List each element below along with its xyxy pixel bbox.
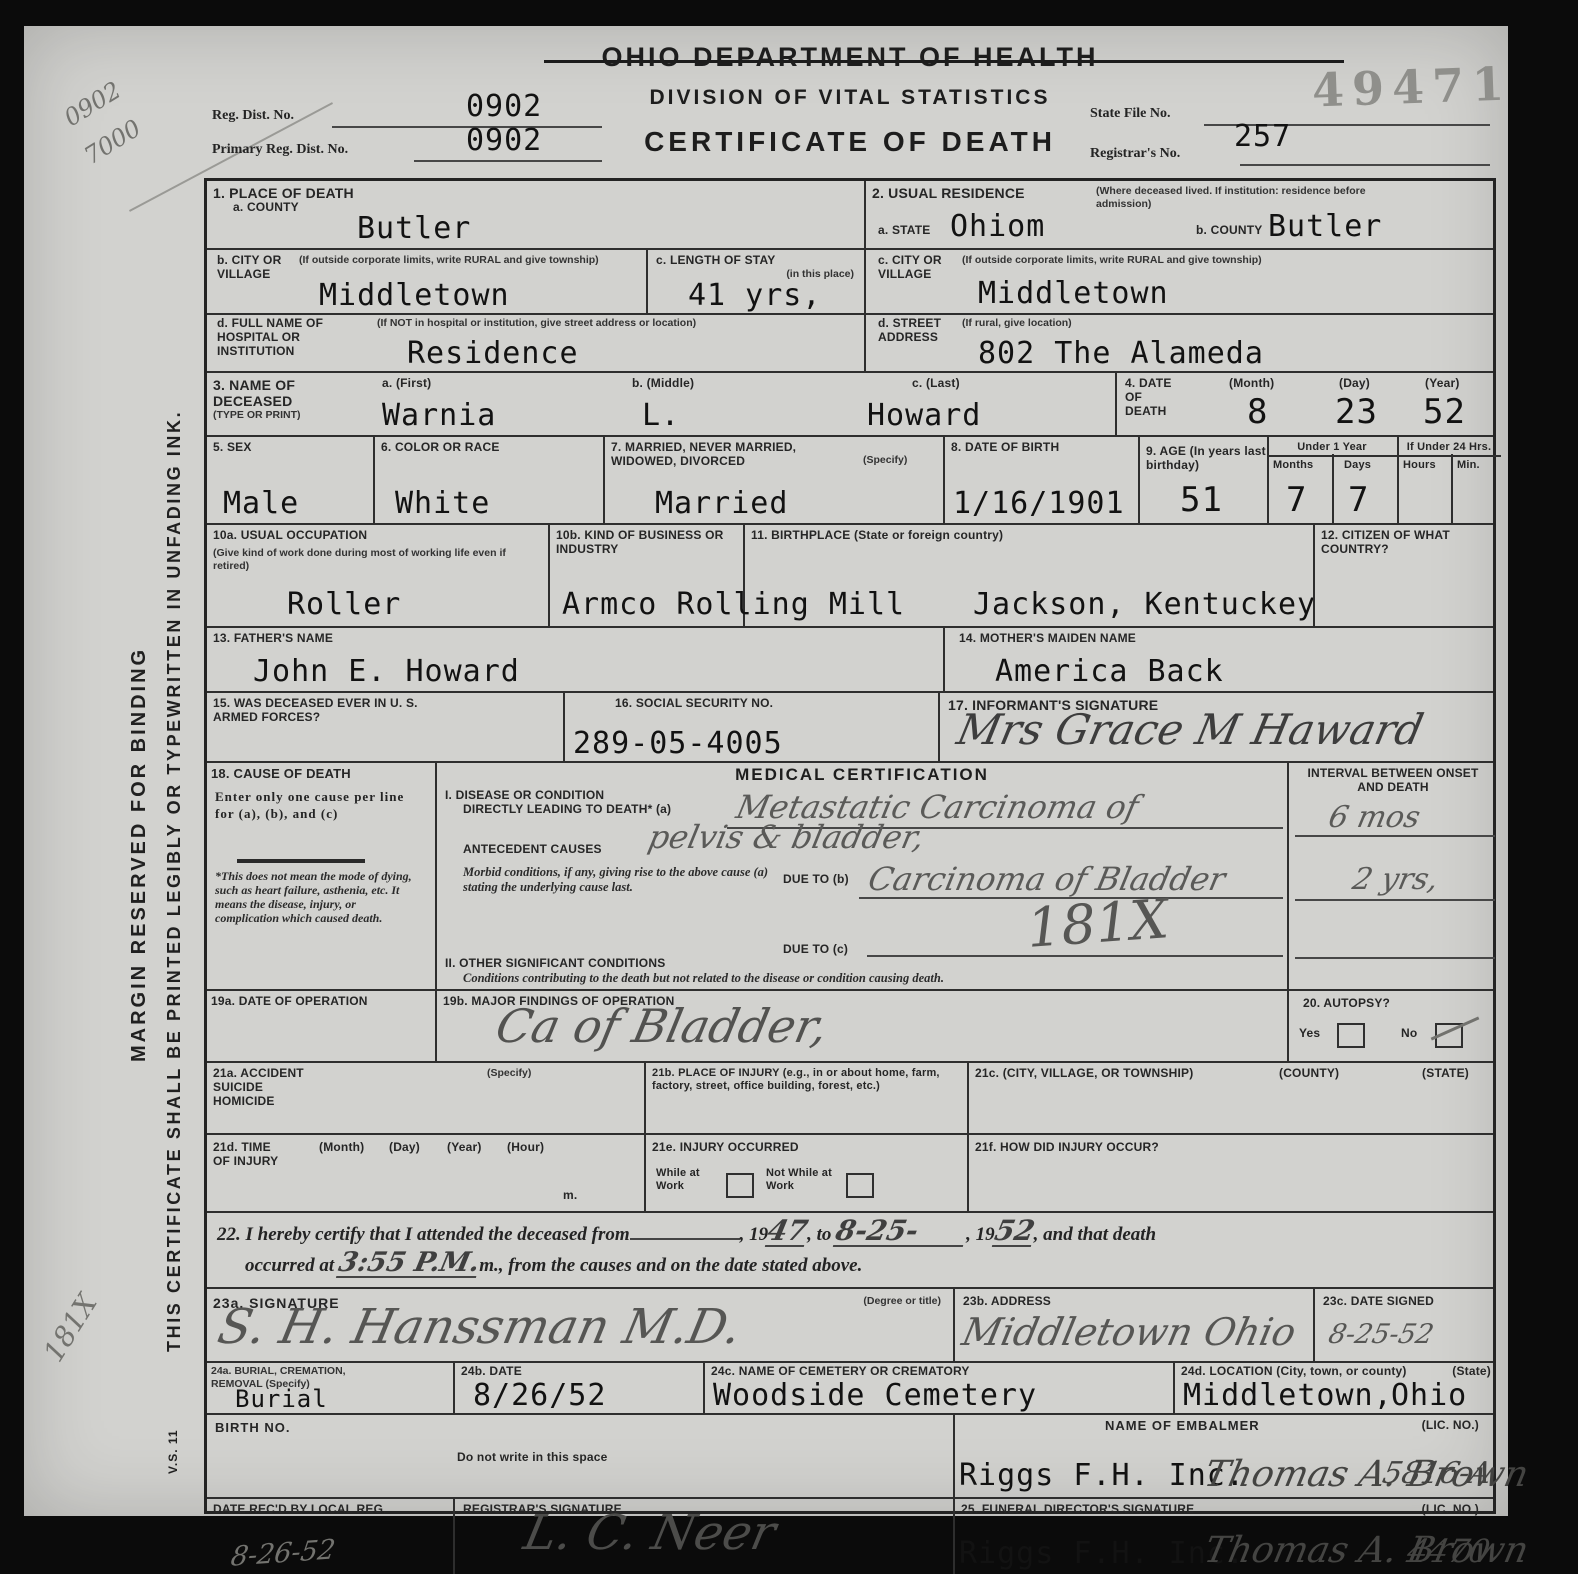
while-at-work-checkbox	[726, 1173, 754, 1198]
under-24-hrs-label: If Under 24 Hrs.	[1407, 441, 1492, 453]
margin-ink-text: THIS CERTIFICATE SHALL BE PRINTED LEGIBL…	[164, 410, 185, 1352]
certificate-form: OHIO DEPARTMENT OF HEALTH DIVISION OF VI…	[204, 26, 1496, 1516]
injury-county-label: (COUNTY)	[1279, 1067, 1339, 1081]
industry-label: 10b. KIND OF BUSINESS OR INDUSTRY	[556, 529, 726, 557]
father-label: 13. FATHER'S NAME	[213, 632, 333, 646]
mother-value: America Back	[995, 657, 1224, 687]
cause-b-value: Carcinoma of Bladder	[866, 863, 1229, 895]
row-injury-2: 21d. TIME OF INJURY (Month) (Day) (Year)…	[207, 1133, 1493, 1211]
first-name-value: Warnia	[382, 401, 496, 431]
burial-date-value: 8/26/52	[473, 1381, 606, 1411]
dob-label: 8. DATE OF BIRTH	[951, 441, 1059, 455]
field-embalmer: NAME OF EMBALMER (LIC. NO.) Riggs F.H. I…	[953, 1415, 1493, 1497]
days-label: Days	[1344, 459, 1371, 472]
other-conditions-label: II. OTHER SIGNIFICANT CONDITIONS	[445, 957, 665, 971]
field-hospital: d. FULL NAME OF HOSPITAL OR INSTITUTION …	[207, 315, 864, 371]
cause-note-2: *This does not mean the mode of dying, s…	[215, 869, 420, 926]
age-months-value: 7	[1286, 483, 1307, 517]
field-residence-city: c. CITY OR VILLAGE (If outside corporate…	[864, 250, 1499, 313]
registrar-no-label: Registrar's No.	[1090, 146, 1180, 162]
cause-c-value: 181X	[1025, 892, 1170, 956]
date-received-label: DATE REC'D BY LOCAL REG.	[213, 1503, 413, 1517]
certify-text-3: , to	[807, 1224, 831, 1245]
field-physician-signature: 23a. SIGNATURE (Degree or title) S. H. H…	[207, 1289, 953, 1361]
city-village-note: (If outside corporate limits, write RURA…	[299, 254, 619, 267]
res-city-note: (If outside corporate limits, write RURA…	[962, 254, 1382, 267]
name-note: (TYPE OR PRINT)	[213, 409, 301, 422]
row-place-residence-3: d. FULL NAME OF HOSPITAL OR INSTITUTION …	[207, 313, 1493, 371]
state-file-label: State File No.	[1090, 106, 1170, 122]
interval-c-line	[1295, 957, 1495, 959]
certify-line-2: occurred at 3:55 P.M.m., from the causes…	[217, 1249, 1483, 1278]
how-injury-label: 21f. HOW DID INJURY OCCUR?	[975, 1141, 1159, 1155]
field-burial-type: 24a. BURIAL, CREMATION, REMOVAL (Specify…	[207, 1363, 453, 1413]
certify-text-5: , and that death	[1034, 1224, 1156, 1245]
interval-a-line	[1295, 835, 1495, 837]
primary-reg-label: Primary Reg. Dist. No.	[212, 142, 348, 158]
field-accident-suicide: 21a. ACCIDENT SUICIDE HOMICIDE (Specify)	[207, 1063, 644, 1133]
ssn-label: 16. SOCIAL SECURITY NO.	[615, 697, 773, 711]
certificate-title: CERTIFICATE OF DEATH	[204, 126, 1496, 158]
major-findings-value: Ca of Bladder,	[492, 1003, 832, 1049]
place-of-injury-label: 21b. PLACE OF INJURY (e.g., in or about …	[652, 1067, 942, 1092]
field-cause-of-death-notes: 18. CAUSE OF DEATH Enter only one cause …	[207, 763, 435, 989]
year-label: (Year)	[1425, 377, 1460, 391]
under-24-hrs-header: If Under 24 Hrs.	[1397, 437, 1501, 457]
res-county-label: b. COUNTY	[1196, 224, 1262, 238]
injury-year-label: (Year)	[447, 1141, 482, 1155]
field-autopsy: 20. AUTOPSY? Yes No	[1287, 991, 1499, 1061]
certify-text-1: 22. I hereby certify that I attended the…	[217, 1224, 630, 1245]
cemetery-value: Woodside Cemetery	[713, 1381, 1037, 1411]
marital-note: (Specify)	[863, 454, 907, 467]
burial-city-value: Middletown,	[1183, 1381, 1393, 1411]
length-of-stay-value: 41 yrs,	[688, 281, 821, 311]
primary-reg-line	[414, 160, 602, 162]
due-to-c-label: DUE TO (c)	[783, 943, 848, 957]
ssn-value: 289-05-4005	[573, 729, 783, 759]
interval-b-line	[1295, 899, 1495, 901]
first-name-label: a. (First)	[382, 377, 431, 391]
color-race-label: 6. COLOR OR RACE	[381, 441, 500, 455]
cause-a-value-2: pelvis & bladder,	[646, 821, 928, 853]
death-month-value: 8	[1247, 395, 1268, 429]
day-label: (Day)	[1339, 377, 1370, 391]
certify-text-4: , 19	[966, 1224, 995, 1245]
embalmer-lic-value: 5816-A	[1380, 1459, 1495, 1489]
field-how-injury-occurred: 21f. HOW DID INJURY OCCUR?	[967, 1135, 1499, 1211]
reg-dist-label: Reg. Dist. No.	[212, 108, 294, 124]
injury-hour-label: (Hour)	[507, 1141, 544, 1155]
res-county-value: Butler	[1268, 212, 1382, 242]
do-not-write-note: Do not write in this space	[457, 1451, 608, 1465]
cemetery-label: 24c. NAME OF CEMETERY OR CREMATORY	[711, 1365, 970, 1379]
not-while-at-work-label: Not While at Work	[766, 1167, 836, 1192]
certify-text-2: , 19	[740, 1224, 769, 1245]
field-date-signed: 23c. DATE SIGNED 8-25-52	[1313, 1289, 1493, 1361]
sex-value: Male	[223, 489, 299, 519]
field-date-of-operation: 19a. DATE OF OPERATION	[207, 991, 435, 1061]
birthplace-value: Jackson, Kentuckey	[973, 590, 1316, 620]
field-mother: 14. MOTHER'S MAIDEN NAME America Back	[943, 628, 1499, 691]
field-occupation: 10a. USUAL OCCUPATION (Give kind of work…	[207, 525, 548, 626]
row-parents: 13. FATHER'S NAME John E. Howard 14. MOT…	[207, 626, 1493, 691]
date-received-value: 8-26-52	[229, 1536, 337, 1571]
medical-certification-title: MEDICAL CERTIFICATION	[437, 765, 1287, 785]
field-marital-status: 7. MARRIED, NEVER MARRIED, WIDOWED, DIVO…	[603, 437, 943, 523]
field-usual-residence-state: 2. USUAL RESIDENCE (Where deceased lived…	[864, 181, 1499, 248]
row-registrar: DATE REC'D BY LOCAL REG. 8-26-52 REGISTR…	[207, 1497, 1493, 1574]
row-place-residence-1: 1. PLACE OF DEATH a. COUNTY Butler 2. US…	[207, 181, 1493, 248]
disease-label-1: I. DISEASE OR CONDITION	[445, 789, 604, 803]
field-place-of-death-county: 1. PLACE OF DEATH a. COUNTY Butler	[207, 181, 864, 248]
county-value: Butler	[357, 214, 471, 244]
dob-value: 1/16/1901	[953, 489, 1125, 519]
field-informant: 17. INFORMANT'S SIGNATURE Mrs Grace M Ha…	[938, 693, 1499, 761]
row-place-residence-2: b. CITY OR VILLAGE (If outside corporate…	[207, 248, 1493, 313]
state-label: a. STATE	[878, 224, 931, 238]
date-of-operation-label: 19a. DATE OF OPERATION	[211, 995, 371, 1009]
street-label: d. STREET ADDRESS	[878, 317, 954, 345]
row-birth-embalmer: BIRTH NO. Do not write in this space NAM…	[207, 1413, 1493, 1497]
autopsy-label: 20. AUTOPSY?	[1303, 997, 1390, 1011]
marital-value: Married	[655, 489, 788, 519]
minutes-label: Min.	[1457, 459, 1480, 472]
interval-a-value: 6 mos	[1326, 803, 1423, 833]
physician-signature: S. H. Hanssman M.D.	[214, 1303, 746, 1351]
field-father: 13. FATHER'S NAME John E. Howard	[207, 628, 943, 691]
burial-date-label: 24b. DATE	[461, 1365, 522, 1379]
morbid-note: Morbid conditions, if any, giving rise t…	[463, 865, 773, 895]
last-name-value: Howard	[867, 401, 981, 431]
industry-value: Armco Rolling Mill	[562, 590, 905, 620]
not-while-at-work-checkbox	[846, 1173, 874, 1198]
funeral-director-lic-value: 4470	[1404, 1535, 1492, 1567]
interval-label: INTERVAL BETWEEN ONSET AND DEATH	[1303, 767, 1483, 795]
row-forces-ssn-informant: 15. WAS DECEASED EVER IN U. S. ARMED FOR…	[207, 691, 1493, 761]
marital-label: 7. MARRIED, NEVER MARRIED, WIDOWED, DIVO…	[611, 441, 861, 469]
accident-label: 21a. ACCIDENT SUICIDE HOMICIDE	[213, 1067, 323, 1108]
date-signed-value: 8-25-52	[1326, 1321, 1436, 1348]
field-injury-occurred: 21e. INJURY OCCURRED While at Work Not W…	[644, 1135, 967, 1211]
middle-name-label: b. (Middle)	[632, 377, 694, 391]
field-age-composite: 9. AGE (In years last birthday) 51 Under…	[1138, 437, 1499, 523]
cause-of-death-label: 18. CAUSE OF DEATH	[211, 767, 351, 782]
state-value: Ohiom	[950, 212, 1045, 242]
row-physician: 23a. SIGNATURE (Degree or title) S. H. H…	[207, 1287, 1493, 1361]
res-city-value: Middletown	[978, 279, 1169, 309]
autopsy-yes-label: Yes	[1299, 1027, 1320, 1041]
father-value: John E. Howard	[253, 657, 520, 687]
informant-signature: Mrs Grace M Haward	[954, 709, 1427, 751]
certify-to-date: 8-25-	[833, 1217, 969, 1247]
field-name-of-deceased: 3. NAME OF DECEASED (TYPE OR PRINT) a. (…	[207, 373, 1115, 435]
color-race-value: White	[395, 489, 490, 519]
field-place-city: b. CITY OR VILLAGE (If outside corporate…	[207, 250, 646, 313]
field-cemetery: 24c. NAME OF CEMETERY OR CREMATORY Woods…	[703, 1363, 1173, 1413]
row-sex-age: 5. SEX Male 6. COLOR OR RACE White 7. MA…	[207, 435, 1493, 523]
reg-dist-value: 0902	[466, 92, 542, 122]
field-injury-location: 21c. (CITY, VILLAGE, OR TOWNSHIP) (COUNT…	[967, 1063, 1499, 1133]
name-label: 3. NAME OF DECEASED	[213, 377, 343, 409]
primary-reg-value: 0902	[466, 126, 542, 156]
age-days-value: 7	[1348, 483, 1369, 517]
margin-form-number: V.S. 11	[166, 1429, 180, 1474]
injury-city-label: 21c. (CITY, VILLAGE, OR TOWNSHIP)	[975, 1067, 1193, 1081]
injury-m-label: m.	[563, 1189, 577, 1203]
autopsy-yes-checkbox	[1337, 1023, 1365, 1048]
divider	[1451, 454, 1453, 523]
certify-text-7: m., from the causes and on the date stat…	[479, 1255, 862, 1276]
city-value: Middletown	[319, 281, 510, 311]
mother-label: 14. MOTHER'S MAIDEN NAME	[959, 632, 1136, 646]
field-major-findings: 19b. MAJOR FINDINGS OF OPERATION Ca of B…	[435, 991, 1287, 1061]
injury-state-label: (STATE)	[1422, 1067, 1469, 1081]
disease-label-2: DIRECTLY LEADING TO DEATH* (a)	[463, 803, 671, 817]
field-interval: INTERVAL BETWEEN ONSET AND DEATH 6 mos 2…	[1287, 763, 1499, 989]
burial-state-note: (State)	[1452, 1365, 1491, 1379]
burial-state-value: Ohio	[1391, 1381, 1467, 1411]
field-length-of-stay: c. LENGTH OF STAY (in this place) 41 yrs…	[646, 250, 864, 313]
usual-residence-note: (Where deceased lived. If institution: r…	[1096, 185, 1396, 210]
city-village-label: b. CITY OR VILLAGE	[217, 254, 289, 282]
usual-residence-label: 2. USUAL RESIDENCE	[872, 185, 1025, 201]
row-injury-1: 21a. ACCIDENT SUICIDE HOMICIDE (Specify)…	[207, 1061, 1493, 1133]
row-medical-certification: 18. CAUSE OF DEATH Enter only one cause …	[207, 761, 1493, 989]
row-operation: 19a. DATE OF OPERATION 19b. MAJOR FINDIN…	[207, 989, 1493, 1061]
row-occupation: 10a. USUAL OCCUPATION (Give kind of work…	[207, 523, 1493, 626]
field-citizen: 12. CITIZEN OF WHAT COUNTRY?	[1313, 525, 1499, 626]
cause-note-1: Enter only one cause per line for (a), (…	[215, 789, 405, 823]
field-color-race: 6. COLOR OR RACE White	[373, 437, 603, 523]
pencil-note-181x: 181X	[39, 1289, 102, 1366]
dept-title: OHIO DEPARTMENT OF HEALTH	[204, 42, 1496, 73]
burial-location-label: 24d. LOCATION (City, town, or county)	[1181, 1365, 1407, 1379]
occupation-value: Roller	[287, 590, 401, 620]
due-to-b-label: DUE TO (b)	[783, 873, 849, 887]
date-signed-label: 23c. DATE SIGNED	[1323, 1295, 1434, 1309]
death-day-value: 23	[1335, 395, 1378, 429]
state-file-number: 257	[1234, 122, 1291, 152]
certificate-paper: MARGIN RESERVED FOR BINDING THIS CERTIFI…	[24, 26, 1508, 1516]
certify-blank	[630, 1224, 740, 1240]
degree-note: (Degree or title)	[863, 1295, 941, 1308]
place-of-death-label: 1. PLACE OF DEATH	[213, 185, 354, 201]
field-date-received: DATE REC'D BY LOCAL REG. 8-26-52	[207, 1499, 453, 1574]
street-note: (If rural, give location)	[962, 317, 1072, 330]
birthplace-label: 11. BIRTHPLACE (State or foreign country…	[751, 529, 1003, 543]
field-sex: 5. SEX Male	[207, 437, 373, 523]
certify-from-year: 47	[765, 1217, 810, 1247]
age-value: 51	[1180, 483, 1223, 517]
field-physician-address: 23b. ADDRESS Middletown Ohio	[953, 1289, 1313, 1361]
field-funeral-director: 25. FUNERAL DIRECTOR'S SIGNATURE (LIC. N…	[953, 1499, 1493, 1574]
field-ssn: 16. SOCIAL SECURITY NO. 289-05-4005	[563, 693, 938, 761]
funeral-director-lic-label: (LIC. NO.)	[1422, 1503, 1479, 1517]
interval-b-value: 2 yrs,	[1350, 865, 1441, 895]
accident-specify-note: (Specify)	[487, 1067, 531, 1080]
field-industry: 10b. KIND OF BUSINESS OR INDUSTRY Armco …	[548, 525, 743, 626]
occupation-note: (Give kind of work done during most of w…	[213, 547, 513, 572]
antecedent-label: ANTECEDENT CAUSES	[463, 843, 602, 857]
certify-line-1: 22. I hereby certify that I attended the…	[217, 1217, 1483, 1247]
length-of-stay-label: c. LENGTH OF STAY	[656, 254, 775, 268]
certify-text-6: occurred at	[245, 1255, 334, 1276]
autopsy-no-label: No	[1401, 1027, 1417, 1041]
sex-label: 5. SEX	[213, 441, 252, 455]
registrar-no-line	[1240, 164, 1490, 166]
form-grid: 1. PLACE OF DEATH a. COUNTY Butler 2. US…	[204, 178, 1496, 1514]
armed-forces-label: 15. WAS DECEASED EVER IN U. S. ARMED FOR…	[213, 697, 453, 725]
injury-day-label: (Day)	[389, 1141, 420, 1155]
hospital-value: Residence	[407, 339, 579, 369]
last-name-label: c. (Last)	[912, 377, 960, 391]
under-1-year-label: Under 1 Year	[1297, 441, 1366, 453]
field-burial-location: 24d. LOCATION (City, town, or county) (S…	[1173, 1363, 1499, 1413]
address-label: 23b. ADDRESS	[963, 1295, 1051, 1309]
field-armed-forces: 15. WAS DECEASED EVER IN U. S. ARMED FOR…	[207, 693, 563, 761]
field-certify-statement: 22. I hereby certify that I attended the…	[207, 1213, 1493, 1287]
injury-month-label: (Month)	[319, 1141, 364, 1155]
division-title: DIVISION OF VITAL STATISTICS	[204, 86, 1496, 110]
divider	[1332, 454, 1334, 523]
row-certify: 22. I hereby certify that I attended the…	[207, 1211, 1493, 1287]
hours-label: Hours	[1403, 459, 1436, 472]
address-value: Middletown Ohio	[959, 1313, 1299, 1351]
row-name-date: 3. NAME OF DECEASED (TYPE OR PRINT) a. (…	[207, 371, 1493, 435]
month-label: (Month)	[1229, 377, 1274, 391]
middle-name-value: L.	[642, 401, 680, 431]
field-registrar-signature: REGISTRAR'S SIGNATURE L. C. Neer	[453, 1499, 953, 1574]
certify-to-year: 52	[991, 1217, 1036, 1247]
field-burial-date: 24b. DATE 8/26/52	[453, 1363, 703, 1413]
pencil-note-7000: 7000	[80, 116, 145, 169]
injury-occurred-label: 21e. INJURY OCCURRED	[652, 1141, 799, 1155]
other-conditions-note: Conditions contributing to the death but…	[463, 971, 1023, 986]
months-label: Months	[1273, 459, 1313, 472]
occupation-label: 10a. USUAL OCCUPATION	[213, 529, 367, 543]
age-label: 9. AGE (In years last birthday)	[1146, 445, 1266, 473]
margin-binding-text: MARGIN RESERVED FOR BINDING	[128, 647, 151, 1062]
embalmer-label: NAME OF EMBALMER	[1105, 1419, 1260, 1434]
hospital-note: (If NOT in hospital or institution, give…	[377, 317, 807, 330]
res-city-label: c. CITY OR VILLAGE	[878, 254, 948, 282]
while-at-work-label: While at Work	[656, 1167, 718, 1192]
hospital-label: d. FULL NAME OF HOSPITAL OR INSTITUTION	[217, 317, 367, 358]
field-date-of-birth: 8. DATE OF BIRTH 1/16/1901	[943, 437, 1138, 523]
field-time-of-injury: 21d. TIME OF INJURY (Month) (Day) (Year)…	[207, 1135, 644, 1211]
certify-time: 3:55 P.M.	[336, 1249, 482, 1278]
street-value: 802 The Alameda	[978, 339, 1264, 369]
registrar-signature-value: L. C. Neer	[520, 1509, 780, 1557]
field-date-of-death: 4. DATE OF DEATH (Month) (Day) (Year) 8 …	[1115, 373, 1499, 435]
funeral-director-label: 25. FUNERAL DIRECTOR'S SIGNATURE	[961, 1503, 1194, 1517]
divider	[1397, 437, 1399, 523]
state-file-stamp: 49471	[1311, 57, 1513, 118]
field-street-address: d. STREET ADDRESS (If rural, give locati…	[864, 315, 1499, 371]
field-medical-certification: MEDICAL CERTIFICATION I. DISEASE OR COND…	[435, 763, 1287, 989]
embalmer-lic-label: (LIC. NO.)	[1422, 1419, 1479, 1433]
county-label: a. COUNTY	[233, 201, 299, 215]
field-place-of-injury: 21b. PLACE OF INJURY (e.g., in or about …	[644, 1063, 967, 1133]
birth-no-label: BIRTH NO.	[215, 1421, 290, 1436]
time-of-injury-label: 21d. TIME OF INJURY	[213, 1141, 283, 1169]
divider	[237, 859, 365, 863]
citizen-label: 12. CITIZEN OF WHAT COUNTRY?	[1321, 529, 1471, 557]
row-burial: 24a. BURIAL, CREMATION, REMOVAL (Specify…	[207, 1361, 1493, 1413]
date-of-death-label: 4. DATE OF DEATH	[1125, 377, 1187, 418]
death-year-value: 52	[1423, 395, 1466, 429]
field-birth-no: BIRTH NO. Do not write in this space	[207, 1415, 953, 1497]
burial-value: Burial	[235, 1387, 328, 1411]
